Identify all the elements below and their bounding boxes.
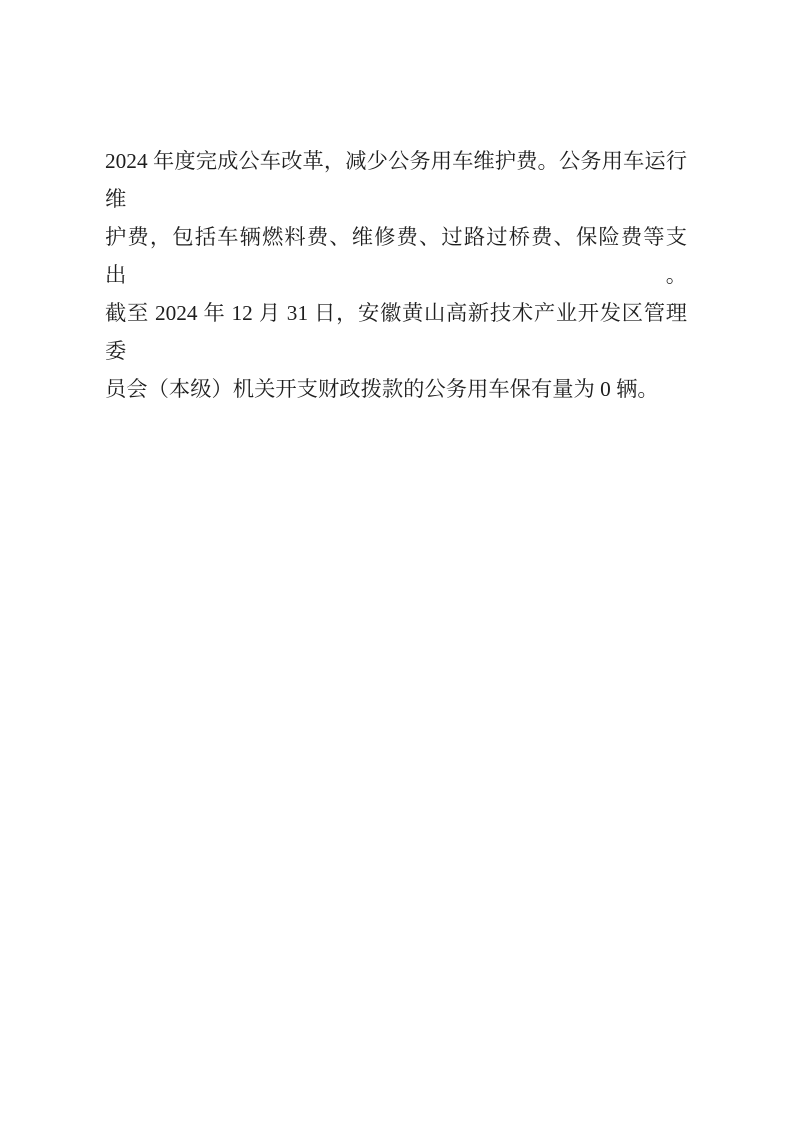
document-page: 2024 年度完成公车改革，减少公务用车维护费。公务用车运行维 护费，包括车辆燃… <box>0 0 793 1122</box>
text-line: 截至 2024 年 12 月 31 日，安徽黄山高新技术产业开发区管理委 <box>105 294 687 370</box>
text-line: 2024 年度完成公车改革，减少公务用车维护费。公务用车运行维 <box>105 142 687 218</box>
body-paragraph: 2024 年度完成公车改革，减少公务用车维护费。公务用车运行维 护费，包括车辆燃… <box>105 142 687 408</box>
text-line: 护费，包括车辆燃料费、维修费、过路过桥费、保险费等支出。 <box>105 218 687 294</box>
text-line: 员会（本级）机关开支财政拨款的公务用车保有量为 0 辆。 <box>105 370 687 408</box>
